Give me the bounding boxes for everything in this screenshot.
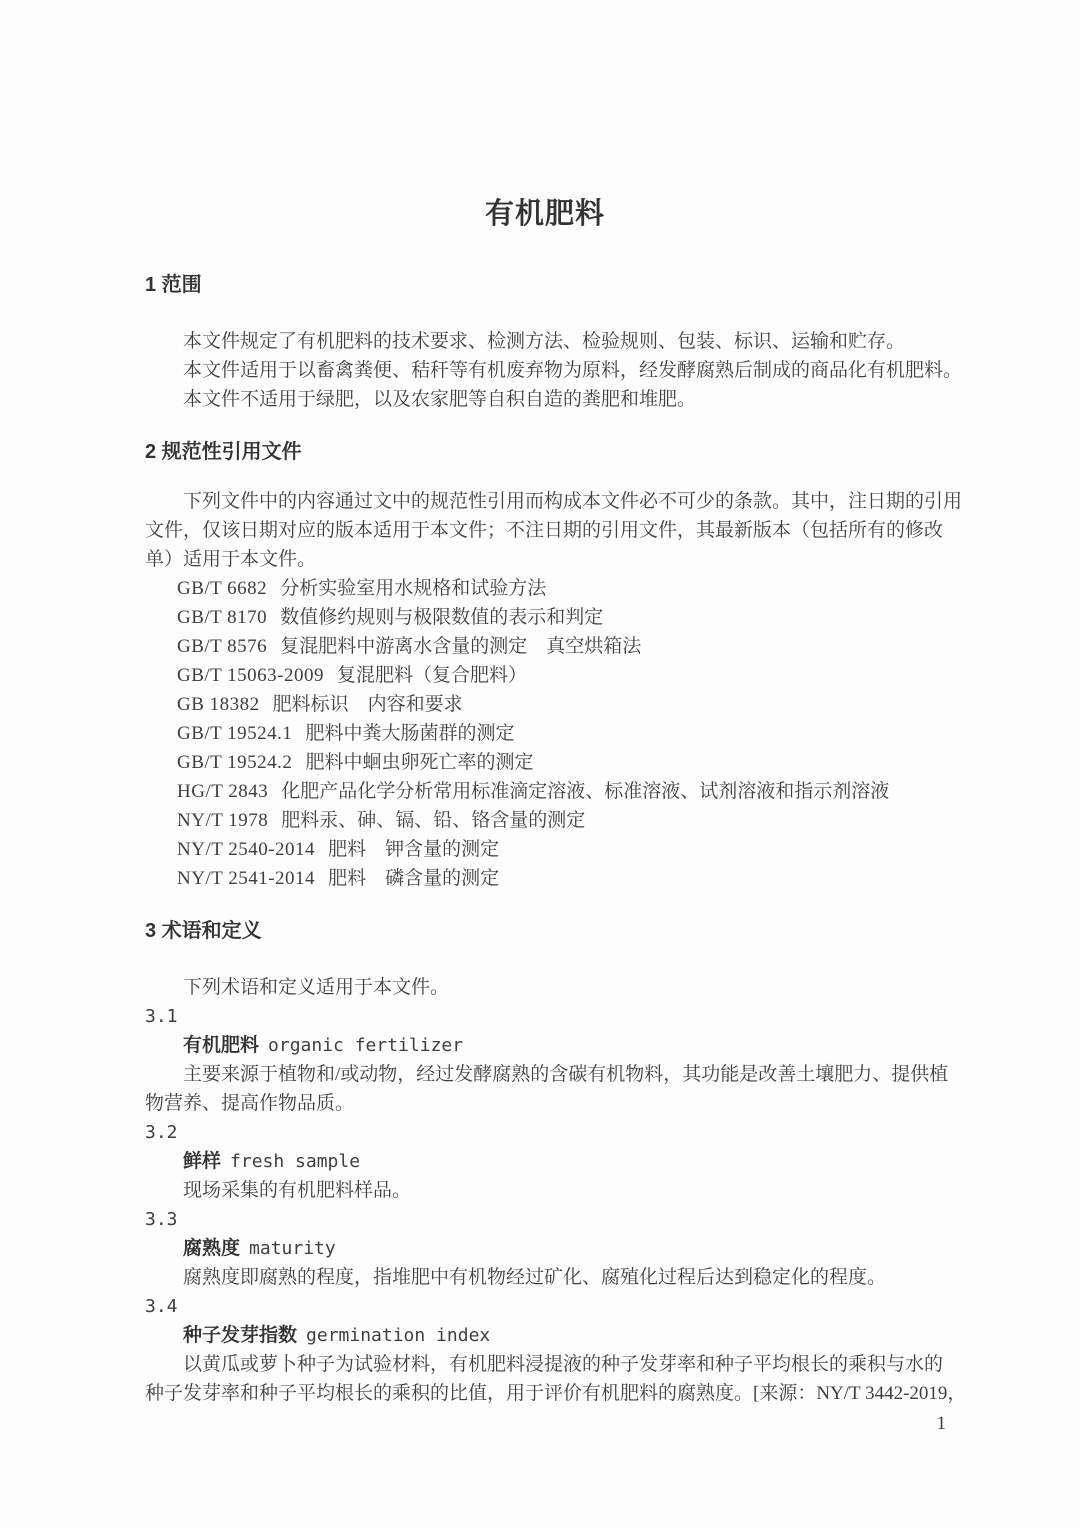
term-number: 3.2 bbox=[145, 1118, 945, 1147]
section-scope: 1 范围 本文件规定了有机肥料的技术要求、检测方法、检验规则、包装、标识、运输和… bbox=[145, 271, 945, 414]
reference-title: 数值修约规则与极限数值的表示和判定 bbox=[280, 607, 603, 628]
reference-item: GB/T 8576复混肥料中游离水含量的测定 真空烘箱法 bbox=[145, 632, 945, 661]
page-number: 1 bbox=[937, 1412, 947, 1436]
section-normative-references: 2 规范性引用文件 下列文件中的内容通过文中的规范性引用而构成本文件必不可少的条… bbox=[145, 438, 945, 893]
reference-code: GB/T 19524.1 bbox=[177, 723, 292, 744]
reference-code: GB/T 8576 bbox=[177, 636, 267, 657]
term-definition-line: 以黄瓜或萝卜种子为试验材料，有机肥料浸提液的种子发芽率和种子平均根长的乘积与水的 bbox=[145, 1350, 945, 1379]
term-name-zh: 腐熟度 bbox=[183, 1238, 240, 1259]
term-name-zh: 种子发芽指数 bbox=[183, 1325, 297, 1346]
reference-item: GB/T 6682分析实验室用水规格和试验方法 bbox=[145, 574, 945, 603]
term-definition-line: 物营养、提高作物品质。 bbox=[145, 1089, 945, 1118]
reference-code: GB/T 19524.2 bbox=[177, 752, 292, 773]
term-number: 3.1 bbox=[145, 1002, 945, 1031]
reference-item: GB 18382肥料标识 内容和要求 bbox=[145, 690, 945, 719]
term-number: 3.3 bbox=[145, 1205, 945, 1234]
term-name-zh: 有机肥料 bbox=[183, 1035, 259, 1056]
reference-code: GB 18382 bbox=[177, 694, 260, 715]
scope-paragraph: 本文件不适用于绿肥，以及农家肥等自积自造的粪肥和堆肥。 bbox=[145, 385, 945, 414]
term-number: 3.4 bbox=[145, 1292, 945, 1321]
section-terms-heading: 3 术语和定义 bbox=[145, 917, 945, 946]
term-definition-line: 种子发芽率和种子平均根长的乘积的比值，用于评价有机肥料的腐熟度。[来源：NY/T… bbox=[145, 1379, 945, 1408]
reference-item: NY/T 2540-2014肥料 钾含量的测定 bbox=[145, 835, 945, 864]
reference-item: GB/T 19524.1肥料中粪大肠菌群的测定 bbox=[145, 719, 945, 748]
reference-title: 分析实验室用水规格和试验方法 bbox=[280, 578, 546, 599]
scope-paragraph: 本文件规定了有机肥料的技术要求、检测方法、检验规则、包装、标识、运输和贮存。 bbox=[145, 327, 945, 356]
reference-code: HG/T 2843 bbox=[177, 781, 268, 802]
section-references-heading: 2 规范性引用文件 bbox=[145, 438, 945, 467]
reference-title: 肥料中蛔虫卵死亡率的测定 bbox=[305, 752, 533, 773]
term-definition-line: 主要来源于植物和/或动物，经过发酵腐熟的含碳有机物料，其功能是改善土壤肥力、提供… bbox=[145, 1060, 945, 1089]
reference-title: 复混肥料（复合肥料） bbox=[337, 665, 527, 686]
reference-code: NY/T 1978 bbox=[177, 810, 268, 831]
reference-code: NY/T 2541-2014 bbox=[177, 868, 315, 889]
section-terms-definitions: 3 术语和定义 下列术语和定义适用于本文件。 3.1 有机肥料organic f… bbox=[145, 917, 945, 1408]
reference-item: NY/T 1978肥料汞、砷、镉、铅、铬含量的测定 bbox=[145, 806, 945, 835]
reference-code: GB/T 6682 bbox=[177, 578, 267, 599]
reference-title: 肥料 钾含量的测定 bbox=[328, 839, 499, 860]
reference-title: 化肥产品化学分析常用标准滴定溶液、标准溶液、试剂溶液和指示剂溶液 bbox=[281, 781, 889, 802]
reference-code: GB/T 8170 bbox=[177, 607, 267, 628]
term-name-en: organic fertilizer bbox=[268, 1035, 463, 1056]
term-title: 腐熟度maturity bbox=[145, 1234, 945, 1263]
terms-intro: 下列术语和定义适用于本文件。 bbox=[145, 973, 945, 1002]
references-intro-line: 下列文件中的内容通过文中的规范性引用而构成本文件必不可少的条款。其中，注日期的引… bbox=[145, 487, 945, 516]
section-scope-heading: 1 范围 bbox=[145, 271, 945, 300]
term-name-en: maturity bbox=[249, 1238, 336, 1259]
scope-paragraph: 本文件适用于以畜禽粪便、秸秆等有机废弃物为原料，经发酵腐熟后制成的商品化有机肥料… bbox=[145, 356, 945, 385]
references-intro-line: 单）适用于本文件。 bbox=[145, 545, 945, 574]
reference-item: GB/T 15063-2009复混肥料（复合肥料） bbox=[145, 661, 945, 690]
reference-code: GB/T 15063-2009 bbox=[177, 665, 324, 686]
document-page: 有机肥料 1 范围 本文件规定了有机肥料的技术要求、检测方法、检验规则、包装、标… bbox=[0, 0, 1080, 1527]
term-name-zh: 鲜样 bbox=[183, 1151, 221, 1172]
reference-title: 肥料 磷含量的测定 bbox=[328, 868, 499, 889]
term-title: 种子发芽指数germination index bbox=[145, 1321, 945, 1350]
reference-item: GB/T 8170数值修约规则与极限数值的表示和判定 bbox=[145, 603, 945, 632]
references-intro-line: 文件，仅该日期对应的版本适用于本文件；不注日期的引用文件，其最新版本（包括所有的… bbox=[145, 516, 945, 545]
reference-item: GB/T 19524.2肥料中蛔虫卵死亡率的测定 bbox=[145, 748, 945, 777]
term-title: 有机肥料organic fertilizer bbox=[145, 1031, 945, 1060]
reference-title: 复混肥料中游离水含量的测定 真空烘箱法 bbox=[280, 636, 641, 657]
reference-code: NY/T 2540-2014 bbox=[177, 839, 315, 860]
reference-title: 肥料标识 内容和要求 bbox=[273, 694, 463, 715]
reference-title: 肥料汞、砷、镉、铅、铬含量的测定 bbox=[281, 810, 585, 831]
term-definition-line: 现场采集的有机肥料样品。 bbox=[145, 1176, 945, 1205]
reference-title: 肥料中粪大肠菌群的测定 bbox=[305, 723, 514, 744]
document-title: 有机肥料 bbox=[145, 0, 945, 235]
term-definition-line: 腐熟度即腐熟的程度，指堆肥中有机物经过矿化、腐殖化过程后达到稳定化的程度。 bbox=[145, 1263, 945, 1292]
reference-item: HG/T 2843化肥产品化学分析常用标准滴定溶液、标准溶液、试剂溶液和指示剂溶… bbox=[145, 777, 945, 806]
reference-item: NY/T 2541-2014肥料 磷含量的测定 bbox=[145, 864, 945, 893]
term-name-en: fresh sample bbox=[230, 1151, 360, 1172]
term-name-en: germination index bbox=[306, 1325, 490, 1346]
term-title: 鲜样fresh sample bbox=[145, 1147, 945, 1176]
